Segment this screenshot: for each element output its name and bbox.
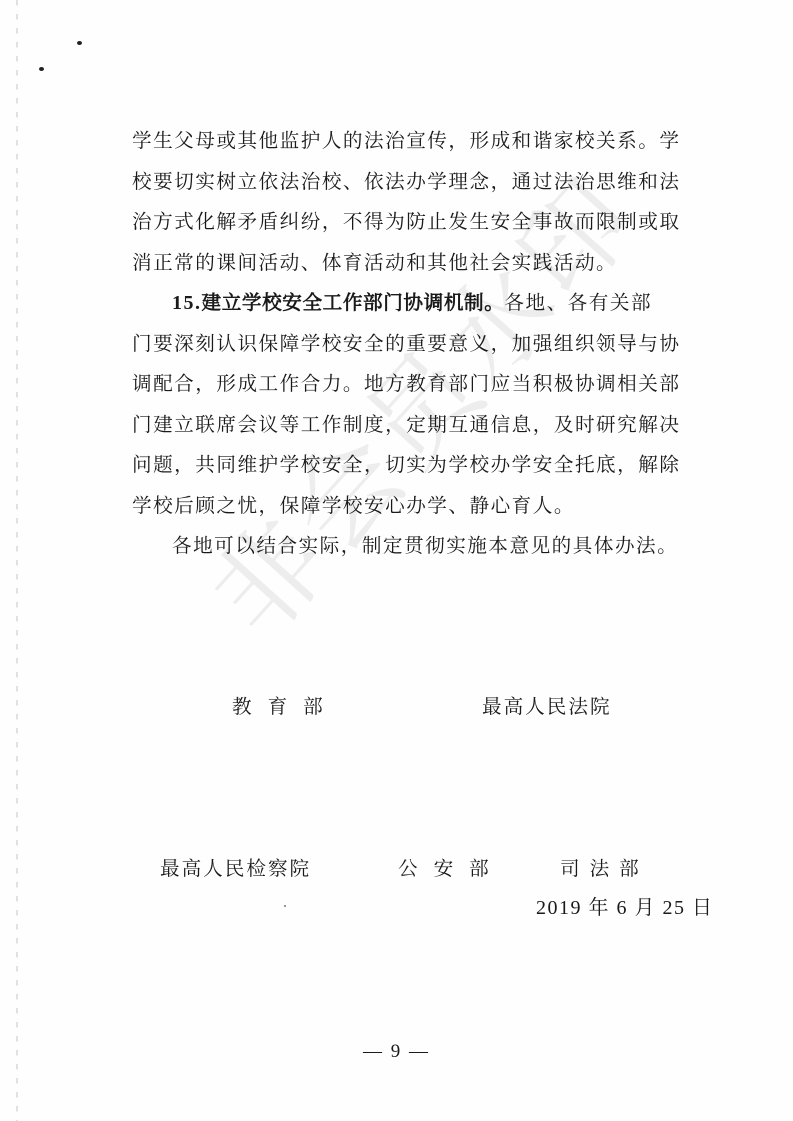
scan-speck — [77, 41, 82, 45]
body-text: 学生父母或其他监护人的法治宣传，形成和谐家校关系。学 校要切实树立依法治校、依法… — [132, 121, 712, 567]
issue-date: 2019 年 6 月 25 日 — [536, 891, 714, 920]
scan-speck — [39, 67, 44, 71]
item-first-line-text: 各地、各有关部 — [504, 291, 652, 314]
text-line: 学校后顾之忧，保障学校安心办学、静心育人。 — [132, 486, 712, 527]
text-line: 调配合，形成工作合力。地方教育部门应当积极协调相关部 — [132, 364, 712, 405]
item-heading: 建立学校安全工作部门协调机制。 — [202, 291, 505, 314]
paragraph-item-15: 15.建立学校安全工作部门协调机制。各地、各有关部 门要深刻认识保障学校安全的重… — [132, 283, 712, 526]
document-page: 非会员水印 学生父母或其他监护人的法治宣传，形成和谐家校关系。学 校要切实树立依… — [0, 0, 793, 1121]
scan-speck — [284, 905, 286, 907]
text-line: 门建立联席会议等工作制度，定期互通信息，及时研究解决 — [132, 405, 712, 446]
paragraph-closing: 各地可以结合实际，制定贯彻实施本意见的具体办法。 — [132, 526, 712, 567]
text-line: 门要深刻认识保障学校安全的重要意义，加强组织领导与协 — [132, 324, 712, 365]
signatory-ministry-of-public-security: 公安部 — [398, 852, 505, 881]
scan-edge-marks — [16, 0, 18, 1121]
item-first-line: 15.建立学校安全工作部门协调机制。各地、各有关部 — [132, 283, 712, 324]
page-number: — 9 — — [0, 1041, 793, 1063]
signatory-supreme-peoples-procuratorate: 最高人民检察院 — [160, 852, 311, 881]
signatory-ministry-of-justice: 司法部 — [560, 852, 649, 881]
text-line: 校要切实树立依法治校、依法办学理念，通过法治思维和法 — [132, 162, 712, 203]
signatory-ministry-of-education: 教育部 — [232, 690, 339, 719]
signatory-supreme-peoples-court: 最高人民法院 — [482, 690, 612, 719]
text-line: 各地可以结合实际，制定贯彻实施本意见的具体办法。 — [132, 526, 712, 567]
item-number: 15. — [172, 292, 202, 314]
text-line: 问题，共同维护学校安全，切实为学校办学安全托底，解除 — [132, 445, 712, 486]
text-line: 治方式化解矛盾纠纷，不得为防止发生安全事故而限制或取 — [132, 202, 712, 243]
text-line: 学生父母或其他监护人的法治宣传，形成和谐家校关系。学 — [132, 121, 712, 162]
paragraph-continuation: 学生父母或其他监护人的法治宣传，形成和谐家校关系。学 校要切实树立依法治校、依法… — [132, 121, 712, 283]
text-line: 消正常的课间活动、体育活动和其他社会实践活动。 — [132, 243, 712, 284]
